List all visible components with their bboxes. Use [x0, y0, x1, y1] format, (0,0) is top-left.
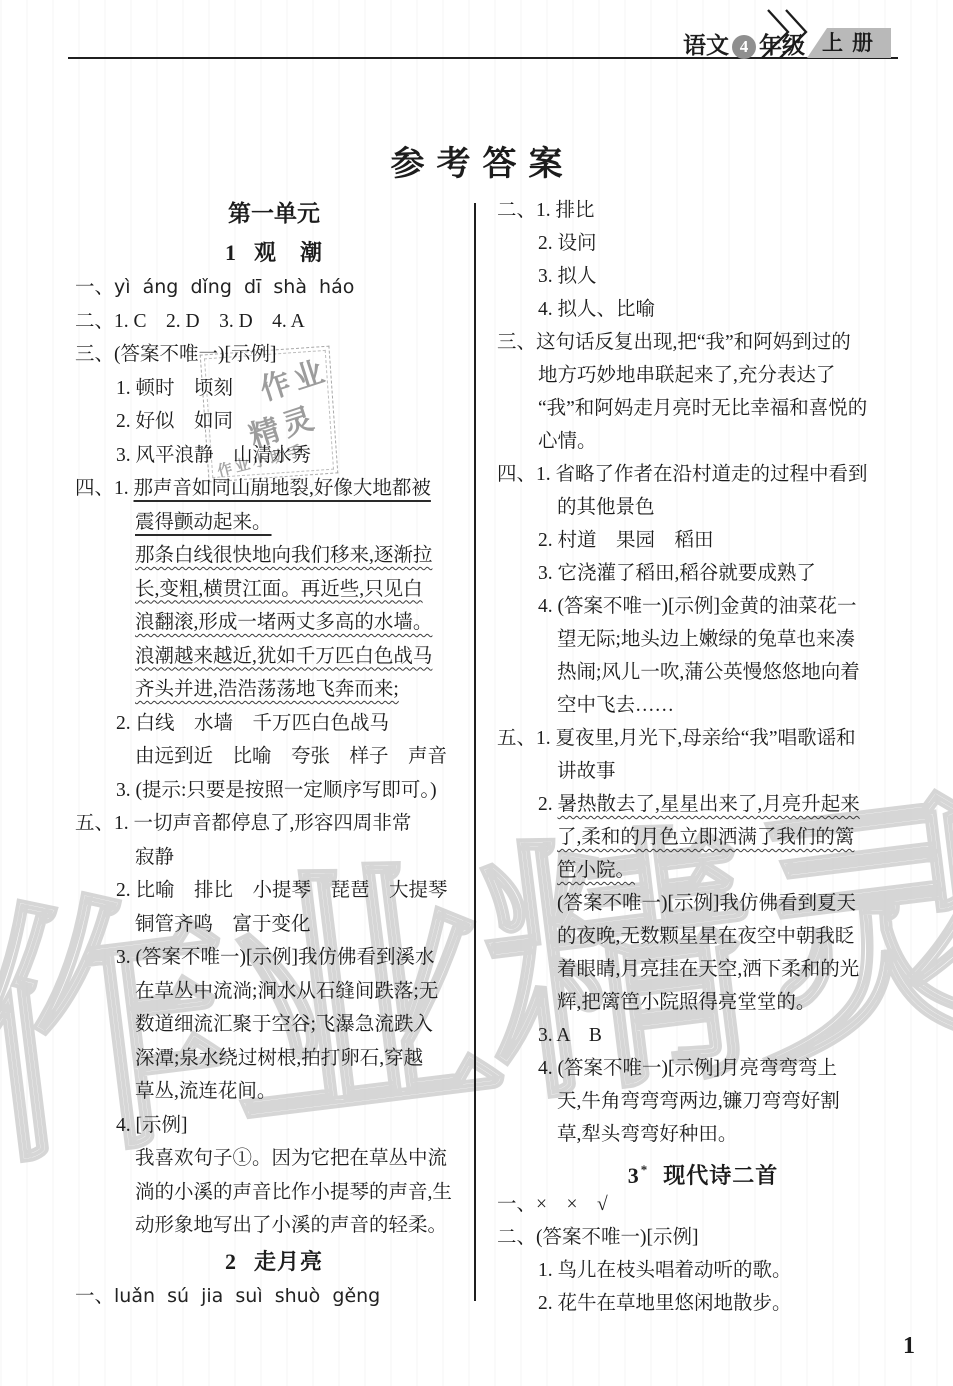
- answer-line: 4. [示例]: [75, 1109, 473, 1143]
- line-prefix: 四、1.: [497, 464, 556, 485]
- lesson-heading: 1观 潮: [75, 234, 473, 271]
- answer-line: 二、(答案不唯一)[示例]: [497, 1221, 909, 1254]
- answer-line: 2. 暑热散去了,星星出来了,月亮升起来: [497, 788, 909, 821]
- answer-line: 1. 鸟儿在枝头唱着动听的歌。: [497, 1254, 909, 1287]
- answer-line: 2. 村道 果园 稻田: [497, 524, 909, 557]
- answer-line: (答案不唯一)[示例]我仿佛看到夏天: [497, 887, 909, 920]
- answer-line: 天,牛角弯弯弯两边,镰刀弯弯好割: [497, 1085, 909, 1118]
- column-divider: [474, 203, 476, 1301]
- line-text: 在草丛中流淌;涧水从石缝间跌落;无: [135, 981, 438, 1002]
- line-text: 热闹;风儿一吹,蒲公英慢悠悠地向着: [557, 662, 860, 683]
- line-text: 4. (答案不唯一)[示例]月亮弯弯弯上: [538, 1058, 837, 1079]
- lesson-number: 3: [628, 1163, 639, 1188]
- answer-line: 一、× × √: [497, 1188, 909, 1221]
- line-prefix: 2.: [538, 794, 558, 815]
- answer-line: 心情。: [497, 425, 909, 458]
- line-text: 地方巧妙地串联起来了,充分表达了: [538, 365, 835, 386]
- answer-line: 1. 顿时 顷刻: [75, 372, 473, 406]
- answer-line: 浪翻滚,形成一堵两丈多高的水墙。: [75, 606, 473, 640]
- answer-line: 一、yì áng dǐng dī shà háo: [75, 271, 473, 305]
- line-text: × × √: [536, 1194, 608, 1215]
- answer-line: 2. 花牛在草地里悠闲地散步。: [497, 1287, 909, 1320]
- line-prefix: 二、: [75, 311, 114, 332]
- line-text: 夏夜里,月光下,母亲给“我”唱歌谣和: [556, 728, 856, 749]
- answer-line: 长,变粗,横贯江面。再近些,只见白: [75, 573, 473, 607]
- answer-line: 由远到近 比喻 夸张 样子 声音: [75, 740, 473, 774]
- answer-line: 五、1. 一切声音都停息了,形容四周非常: [75, 807, 473, 841]
- lesson-number: 1: [225, 240, 236, 265]
- line-text: 1. 顿时 顷刻: [116, 378, 233, 399]
- line-text: 淌的小溪的声音比作小提琴的声音,生: [135, 1182, 452, 1203]
- line-text: 空中飞去……: [557, 695, 674, 716]
- line-text: 2. 比喻 排比 小提琴 琵琶 大提琴: [116, 880, 448, 901]
- answer-line: 二、1. 排比: [497, 194, 909, 227]
- line-text: luǎn sú jia suì shuò gěng: [114, 1285, 380, 1307]
- line-text: 2. 村道 果园 稻田: [538, 530, 714, 551]
- line-text: 1. 鸟儿在枝头唱着动听的歌。: [538, 1260, 792, 1281]
- double-chevron-icon: [757, 9, 821, 61]
- line-text: 讲故事: [557, 761, 616, 782]
- grade-number: 4: [740, 37, 749, 56]
- line-text: 草,犁头弯弯好种田。: [557, 1124, 737, 1145]
- grade-badge: 4: [732, 35, 756, 59]
- line-prefix: 三、: [497, 332, 536, 353]
- answer-line: 2. 比喻 排比 小提琴 琵琶 大提琴: [75, 874, 473, 908]
- line-text: (答案不唯一)[示例]: [536, 1227, 698, 1248]
- line-text: 铜管齐鸣 富于变化: [135, 914, 311, 935]
- answer-line: 动形象地写出了小溪的声音的轻柔。: [75, 1209, 473, 1243]
- page-number: 1: [903, 1333, 915, 1360]
- line-text: 天,牛角弯弯弯两边,镰刀弯弯好割: [557, 1091, 840, 1112]
- line-text: 的其他景色: [557, 497, 655, 518]
- answer-line: 3. (提示:只要是按照一定顺序写即可。): [75, 774, 473, 808]
- line-text: 2. 设问: [538, 233, 597, 254]
- line-text: “我”和阿妈走月亮时无比幸福和喜悦的: [538, 398, 867, 419]
- answer-line: 五、1. 夏夜里,月光下,母亲给“我”唱歌谣和: [497, 722, 909, 755]
- line-text: 3. (提示:只要是按照一定顺序写即可。): [116, 780, 437, 801]
- answer-line: “我”和阿妈走月亮时无比幸福和喜悦的: [497, 392, 909, 425]
- line-text: 1. 排比: [536, 200, 595, 221]
- answer-line: 我喜欢句子①。因为它把在草丛中流: [75, 1142, 473, 1176]
- line-text: 一切声音都停息了,形容四周非常: [134, 813, 412, 834]
- answer-line: 望无际;地头边上嫩绿的兔草也来凑: [497, 623, 909, 656]
- line-prefix: 二、: [497, 200, 536, 221]
- answer-line: 4. 拟人、比喻: [497, 293, 909, 326]
- left-column: 第一单元1观 潮一、yì áng dǐng dī shà háo二、1. C 2…: [75, 194, 473, 1313]
- line-prefix: 一、: [75, 1286, 114, 1307]
- answer-line: 着眼睛,月亮挂在天空,洒下柔和的光: [497, 953, 909, 986]
- line-text: 浪潮越来越近,犹如千万匹白色战马: [135, 646, 432, 667]
- unit-heading: 第一单元: [75, 194, 473, 234]
- answer-line: 笆小院。: [497, 854, 909, 887]
- line-text: 省略了作者在沿村道走的过程中看到: [556, 464, 868, 485]
- right-column: 二、1. 排比2. 设问3. 拟人4. 拟人、比喻三、这句话反复出现,把“我”和…: [497, 194, 909, 1320]
- line-text: 着眼睛,月亮挂在天空,洒下柔和的光: [557, 959, 859, 980]
- answer-line: 辉,把篱笆小院照得亮堂堂的。: [497, 986, 909, 1019]
- answer-line: 四、1. 省略了作者在沿村道走的过程中看到: [497, 458, 909, 491]
- line-prefix: 五、1.: [75, 813, 134, 834]
- answer-line: 铜管齐鸣 富于变化: [75, 908, 473, 942]
- line-text: 齐头并进,浩浩荡荡地飞奔而来;: [135, 679, 399, 700]
- answer-page: 语文4年级 上册 参考答案 作业精灵 作业 精灵 作业小助手 第一单元1观 潮一…: [0, 0, 953, 1386]
- answer-line: 3. A B: [497, 1019, 909, 1052]
- answer-line: 热闹;风儿一吹,蒲公英慢悠悠地向着: [497, 656, 909, 689]
- line-text: 草丛,流连花间。: [135, 1081, 276, 1102]
- line-text: 的夜晚,无数颗星星在夜空中朝我眨: [557, 926, 854, 947]
- line-prefix: 五、1.: [497, 728, 556, 749]
- line-text: 了,柔和的月色立即洒满了我们的篱: [557, 827, 854, 848]
- answer-line: 那条白线很快地向我们移来,逐渐拉: [75, 539, 473, 573]
- line-text: 2. 好似 如同: [116, 411, 233, 432]
- line-prefix: 二、: [497, 1227, 536, 1248]
- line-text: 2. 花牛在草地里悠闲地散步。: [538, 1293, 792, 1314]
- line-text: 心情。: [538, 431, 597, 452]
- answer-line: 在草丛中流淌;涧水从石缝间跌落;无: [75, 975, 473, 1009]
- answer-line: 浪潮越来越近,犹如千万匹白色战马: [75, 640, 473, 674]
- lesson-title: 走月亮: [254, 1249, 323, 1274]
- answer-line: 寂静: [75, 841, 473, 875]
- answer-line: 3. (答案不唯一)[示例]我仿佛看到溪水: [75, 941, 473, 975]
- line-text: 3. 拟人: [538, 266, 597, 287]
- answer-line: 3. 它浇灌了稻田,稻谷就要成熟了: [497, 557, 909, 590]
- answer-line: 地方巧妙地串联起来了,充分表达了: [497, 359, 909, 392]
- line-prefix: 四、1.: [75, 478, 134, 499]
- answer-line: 四、1. 那声音如同山崩地裂,好像大地都被: [75, 472, 473, 506]
- lesson-heading: 3*现代诗二首: [497, 1151, 909, 1188]
- line-text: 数道细流汇聚于空谷;飞瀑急流跌入: [135, 1014, 433, 1035]
- line-text: 我喜欢句子①。因为它把在草丛中流: [135, 1148, 447, 1169]
- answer-line: 深潭;泉水绕过树根,拍打卵石,穿越: [75, 1042, 473, 1076]
- line-text: 3. A B: [538, 1025, 602, 1046]
- line-text: 那条白线很快地向我们移来,逐渐拉: [135, 545, 432, 566]
- answer-line: 空中飞去……: [497, 689, 909, 722]
- answer-line: 讲故事: [497, 755, 909, 788]
- line-text: 震得颤动起来。: [135, 512, 272, 533]
- lesson-number: 2: [225, 1249, 236, 1274]
- answer-line: 数道细流汇聚于空谷;飞瀑急流跌入: [75, 1008, 473, 1042]
- answer-line: 震得颤动起来。: [75, 506, 473, 540]
- answer-line: 淌的小溪的声音比作小提琴的声音,生: [75, 1176, 473, 1210]
- line-text: 这句话反复出现,把“我”和阿妈到过的: [536, 332, 851, 353]
- answer-line: 三、(答案不唯一)[示例]: [75, 338, 473, 372]
- line-prefix: 一、: [75, 277, 114, 298]
- answer-line: 的夜晚,无数颗星星在夜空中朝我眨: [497, 920, 909, 953]
- line-text: 辉,把篱笆小院照得亮堂堂的。: [557, 992, 815, 1013]
- line-text: 浪翻滚,形成一堵两丈多高的水墙。: [135, 612, 432, 633]
- line-text: 长,变粗,横贯江面。再近些,只见白: [135, 579, 423, 600]
- line-text: (答案不唯一)[示例]: [114, 344, 276, 365]
- line-text: 寂静: [135, 847, 174, 868]
- line-text: 4. (答案不唯一)[示例]金黄的油菜花一: [538, 596, 856, 617]
- answer-line: 2. 白线 水墙 千万匹白色战马: [75, 707, 473, 741]
- answer-line: 二、1. C 2. D 3. D 4. A: [75, 305, 473, 339]
- line-text: 动形象地写出了小溪的声音的轻柔。: [135, 1215, 447, 1236]
- line-text: 1. C 2. D 3. D 4. A: [114, 311, 305, 332]
- answer-line: 了,柔和的月色立即洒满了我们的篱: [497, 821, 909, 854]
- answer-line: 一、luǎn sú jia suì shuò gěng: [75, 1280, 473, 1314]
- line-text: 望无际;地头边上嫩绿的兔草也来凑: [557, 629, 855, 650]
- answer-line: 草丛,流连花间。: [75, 1075, 473, 1109]
- page-title: 参考答案: [0, 136, 953, 185]
- line-prefix: 一、: [497, 1194, 536, 1215]
- line-text: 3. 它浇灌了稻田,稻谷就要成熟了: [538, 563, 816, 584]
- answer-line: 3. 拟人: [497, 260, 909, 293]
- answer-line: 的其他景色: [497, 491, 909, 524]
- answer-line: 2. 设问: [497, 227, 909, 260]
- line-text: (答案不唯一)[示例]我仿佛看到夏天: [557, 893, 856, 914]
- answer-line: 4. (答案不唯一)[示例]月亮弯弯弯上: [497, 1052, 909, 1085]
- line-prefix: 三、: [75, 344, 114, 365]
- line-text: 3. 风平浪静 山清水秀: [116, 445, 311, 466]
- line-text: 4. [示例]: [116, 1115, 188, 1136]
- answer-line: 2. 好似 如同: [75, 405, 473, 439]
- line-text: 4. 拟人、比喻: [538, 299, 655, 320]
- answer-line: 齐头并进,浩浩荡荡地飞奔而来;: [75, 673, 473, 707]
- header-subject: 语文: [683, 33, 729, 58]
- line-text: yì áng dǐng dī shà háo: [114, 276, 354, 298]
- line-text: 笆小院。: [557, 860, 635, 881]
- answer-line: 草,犁头弯弯好种田。: [497, 1118, 909, 1151]
- lesson-heading: 2走月亮: [75, 1243, 473, 1280]
- answer-line: 3. 风平浪静 山清水秀: [75, 439, 473, 473]
- line-text: 由远到近 比喻 夸张 样子 声音: [135, 746, 447, 767]
- answer-line: 4. (答案不唯一)[示例]金黄的油菜花一: [497, 590, 909, 623]
- line-text: 那声音如同山崩地裂,好像大地都被: [134, 478, 431, 499]
- lesson-title: 观 潮: [254, 240, 323, 265]
- line-text: 2. 白线 水墙 千万匹白色战马: [116, 713, 389, 734]
- lesson-title: 现代诗二首: [663, 1163, 778, 1188]
- line-text: 暑热散去了,星星出来了,月亮升起来: [558, 794, 860, 815]
- line-text: 3. (答案不唯一)[示例]我仿佛看到溪水: [116, 947, 434, 968]
- answer-line: 三、这句话反复出现,把“我”和阿妈到过的: [497, 326, 909, 359]
- line-text: 深潭;泉水绕过树根,拍打卵石,穿越: [135, 1048, 423, 1069]
- lesson-star: *: [641, 1162, 648, 1177]
